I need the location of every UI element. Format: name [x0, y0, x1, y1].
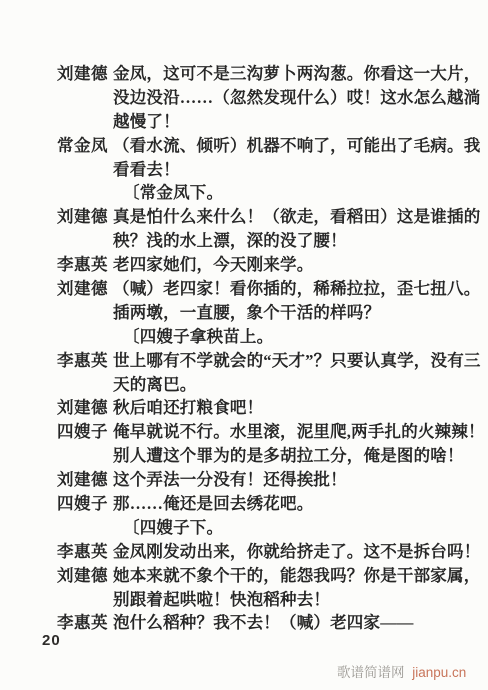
- dialogue-text: 世上哪有不学就会的“天才”？只要认真学，没有三: [113, 349, 481, 373]
- script-line: 李惠英 金凤刚发动出来，你就给挤走了。这不是拆台吗！: [57, 540, 465, 564]
- script-line: 刘建德 这个弄法一分没有！还得挨批！: [57, 468, 465, 492]
- script-line: 四嫂子 那……俺还是回去绣花吧。: [57, 492, 465, 516]
- script-lines: 刘建德 金凤，这可不是三沟萝卜两沟葱。你看这一大片， 没边没沿……（忽然发现什么…: [57, 62, 465, 635]
- script-line: 越慢了！: [57, 110, 465, 134]
- dialogue-text: 那……俺还是回去绣花吧。: [113, 492, 465, 516]
- dialogue-text: 泡什么稻种？我不去！（喊）老四家——: [113, 611, 465, 635]
- script-line: 常金凤 （看水流、倾听）机器不响了，可能出了毛病。我: [57, 134, 465, 158]
- script-line: 李惠英 泡什么稻种？我不去！（喊）老四家——: [57, 611, 465, 635]
- watermark-site-name: 歌谱简谱网: [337, 665, 405, 680]
- speaker-name: 李惠英: [57, 253, 113, 277]
- dialogue-text: （喊）老四家！看你插的，稀稀拉拉，歪七扭八。: [113, 277, 480, 301]
- dialogue-text: 别跟着起哄啦！快泡稻种去！: [113, 588, 465, 612]
- speaker-name: 刘建德: [57, 396, 113, 420]
- dialogue-text: 〔常金凤下。: [113, 181, 465, 205]
- watermark: 歌谱简谱网 jianpu.cn: [337, 661, 466, 681]
- dialogue-text: 金凤，这可不是三沟萝卜两沟葱。你看这一大片，: [113, 62, 480, 86]
- script-line: 插两墩，一直腰，象个干活的样吗？: [57, 301, 465, 325]
- speaker-name: 四嫂子: [57, 492, 113, 516]
- dialogue-text: 〔四嫂子下。: [113, 516, 465, 540]
- dialogue-text: （看水流、倾听）机器不响了，可能出了毛病。我: [113, 134, 480, 158]
- watermark-site-url: jianpu.cn: [412, 665, 466, 680]
- script-line: 四嫂子 俺早就说不行。水里滚，泥里爬,两手扎的火辣辣！: [57, 420, 465, 444]
- speaker-name: 四嫂子: [57, 420, 113, 444]
- dialogue-text: 别人遭这个罪为的是多胡拉工分，俺是图的啥！: [113, 444, 465, 468]
- script-line: 没边没沿……（忽然发现什么）哎！这水怎么越淌: [57, 86, 465, 110]
- script-line: 〔四嫂子下。: [57, 516, 465, 540]
- speaker-name: 李惠英: [57, 611, 113, 635]
- script-line: 别跟着起哄啦！快泡稻种去！: [57, 588, 465, 612]
- script-line: 李惠英 老四家她们，今天刚来学。: [57, 253, 465, 277]
- speaker-name: 李惠英: [57, 540, 113, 564]
- script-line: 刘建德 真是怕什么来什么！（欲走，看稻田）这是谁插的: [57, 205, 465, 229]
- script-line: 看看去！: [57, 158, 465, 182]
- dialogue-text: 这个弄法一分没有！还得挨批！: [113, 468, 465, 492]
- dialogue-text: 她本来就不象个干的，能怨我吗？你是干部家属，: [113, 564, 480, 588]
- speaker-name: 刘建德: [57, 62, 113, 86]
- scanned-book-page: 刘建德 金凤，这可不是三沟萝卜两沟葱。你看这一大片， 没边没沿……（忽然发现什么…: [0, 0, 488, 690]
- dialogue-text: 秧？浅的水上漂，深的没了腰！: [113, 229, 465, 253]
- speaker-name: 李惠英: [57, 349, 113, 373]
- script-line: 刘建德 （喊）老四家！看你插的，稀稀拉拉，歪七扭八。: [57, 277, 465, 301]
- speaker-name: 刘建德: [57, 277, 113, 301]
- dialogue-text: 俺早就说不行。水里滚，泥里爬,两手扎的火辣辣！: [113, 420, 485, 444]
- script-line: 别人遭这个罪为的是多胡拉工分，俺是图的啥！: [57, 444, 465, 468]
- script-line: 〔四嫂子拿秧苗上。: [57, 325, 465, 349]
- script-line: 秧？浅的水上漂，深的没了腰！: [57, 229, 465, 253]
- dialogue-text: 老四家她们，今天刚来学。: [113, 253, 465, 277]
- speaker-name: 常金凤: [57, 134, 113, 158]
- page-number: 20: [42, 632, 61, 649]
- dialogue-text: 看看去！: [113, 158, 465, 182]
- speaker-name: 刘建德: [57, 205, 113, 229]
- dialogue-text: 〔四嫂子拿秧苗上。: [113, 325, 465, 349]
- script-line: 天的离巴。: [57, 373, 465, 397]
- dialogue-text: 插两墩，一直腰，象个干活的样吗？: [113, 301, 465, 325]
- dialogue-text: 真是怕什么来什么！（欲走，看稻田）这是谁插的: [113, 205, 480, 229]
- script-line: 〔常金凤下。: [57, 181, 465, 205]
- dialogue-text: 金凤刚发动出来，你就给挤走了。这不是拆台吗！: [113, 540, 480, 564]
- speaker-name: 刘建德: [57, 564, 113, 588]
- script-line: 刘建德 金凤，这可不是三沟萝卜两沟葱。你看这一大片，: [57, 62, 465, 86]
- dialogue-text: 天的离巴。: [113, 373, 465, 397]
- script-line: 刘建德 秋后咱还打粮食吧！: [57, 396, 465, 420]
- dialogue-text: 没边没沿……（忽然发现什么）哎！这水怎么越淌: [113, 86, 480, 110]
- speaker-name: 刘建德: [57, 468, 113, 492]
- script-line: 李惠英 世上哪有不学就会的“天才”？只要认真学，没有三: [57, 349, 465, 373]
- script-line: 刘建德 她本来就不象个干的，能怨我吗？你是干部家属，: [57, 564, 465, 588]
- dialogue-text: 越慢了！: [113, 110, 465, 134]
- dialogue-text: 秋后咱还打粮食吧！: [113, 396, 465, 420]
